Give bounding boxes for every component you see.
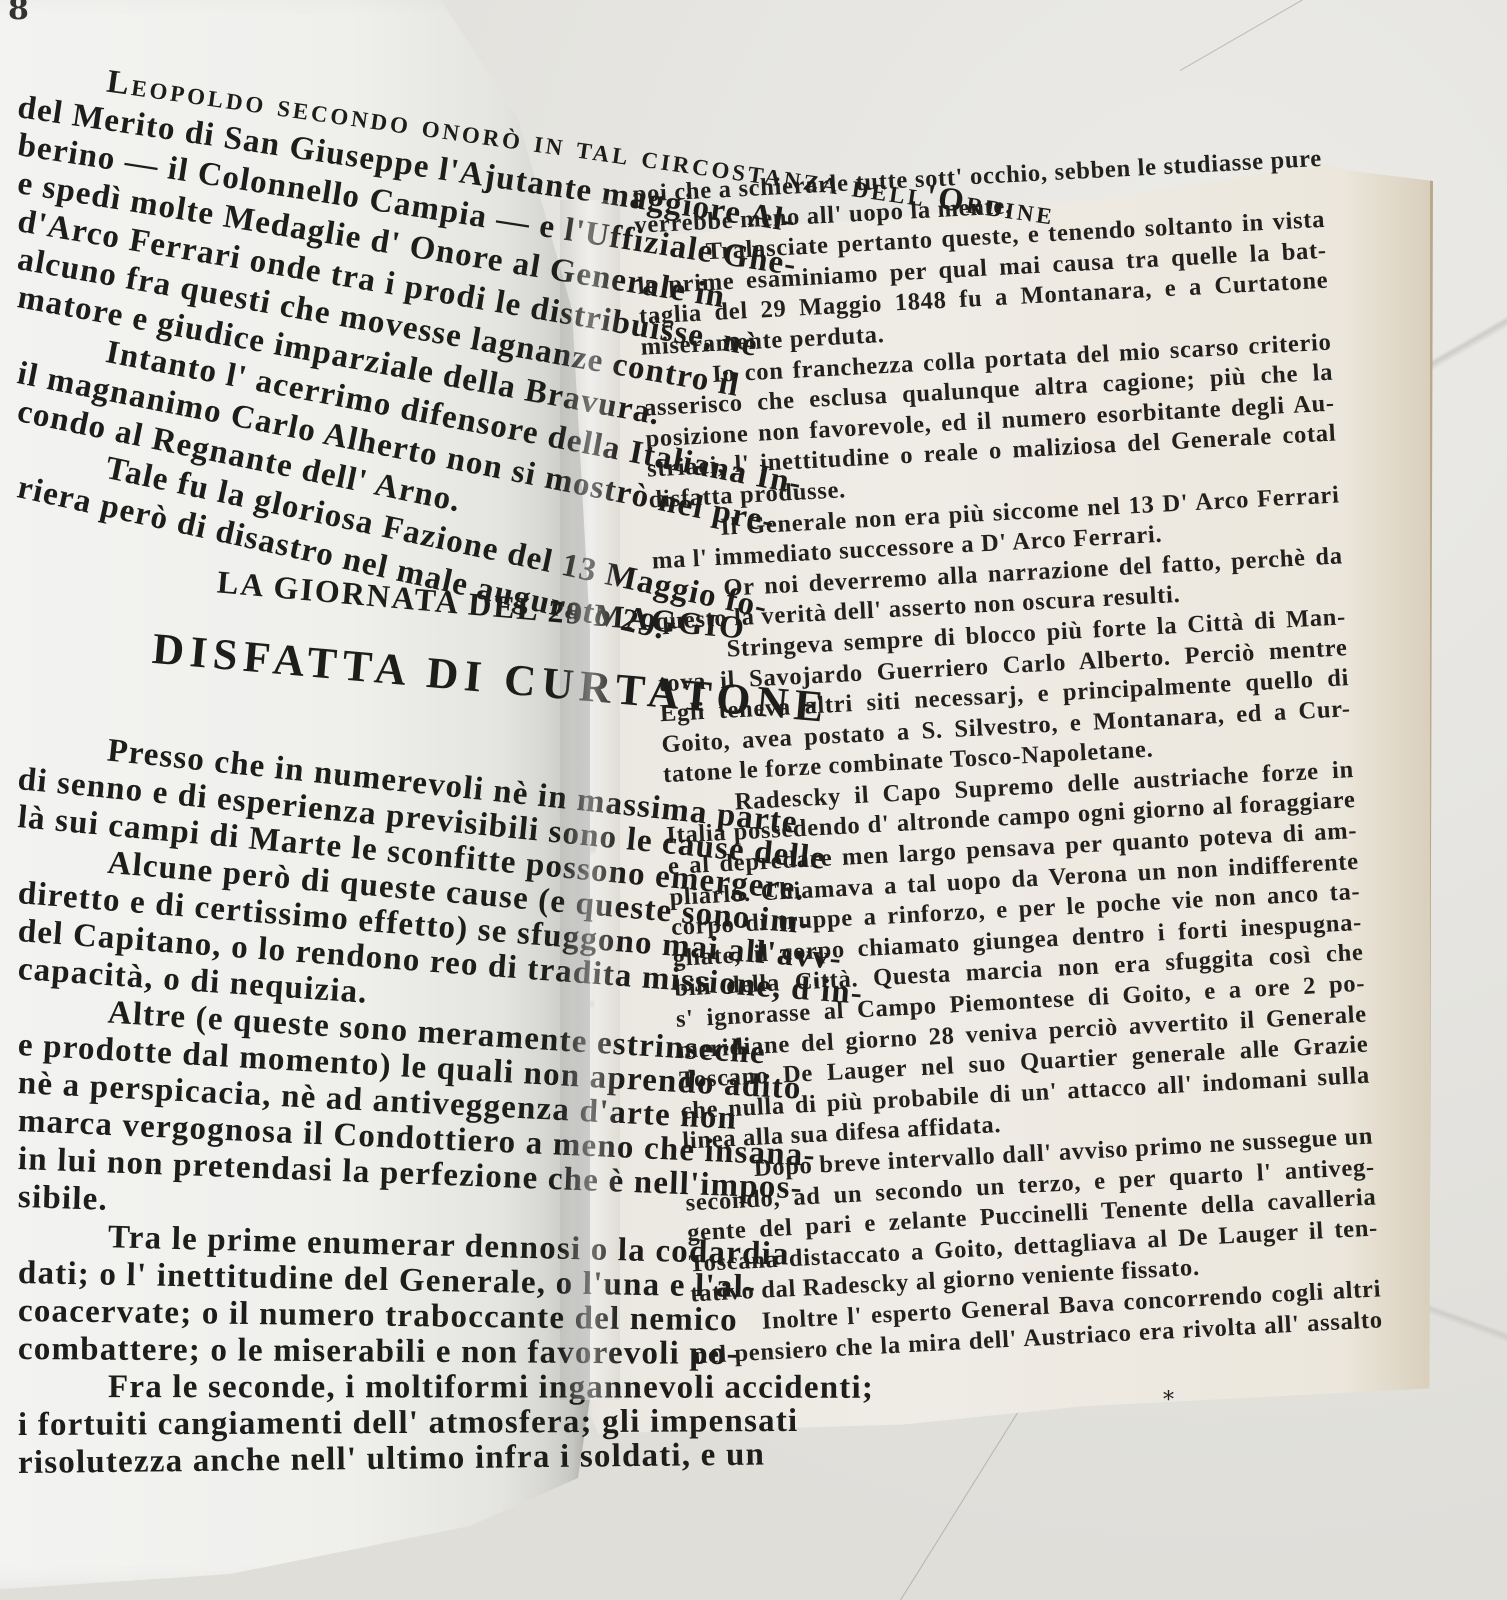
text-line: risolutezza anche nell' ultimo infra i s… (18, 1437, 598, 1482)
text-line: combattere; o le miserabili e non favore… (18, 1330, 598, 1372)
signature-mark: * (1163, 1388, 1174, 1413)
left-text-top: Leopoldo secondo onorò in tal circostanz… (18, 50, 598, 506)
left-text-bottom: Presso che in numerevoli nè in massima p… (18, 722, 598, 1482)
left-page-body: Leopoldo secondo onorò in tal circostanz… (18, 50, 598, 1482)
page-number-left: 8 (8, 0, 29, 27)
chapter-title: DISFATTA DI CURTATONE (16, 611, 598, 712)
text-line: Fra le seconde, i moltiformi ingannevoli… (18, 1368, 598, 1407)
marble-crack (1180, 0, 1354, 71)
